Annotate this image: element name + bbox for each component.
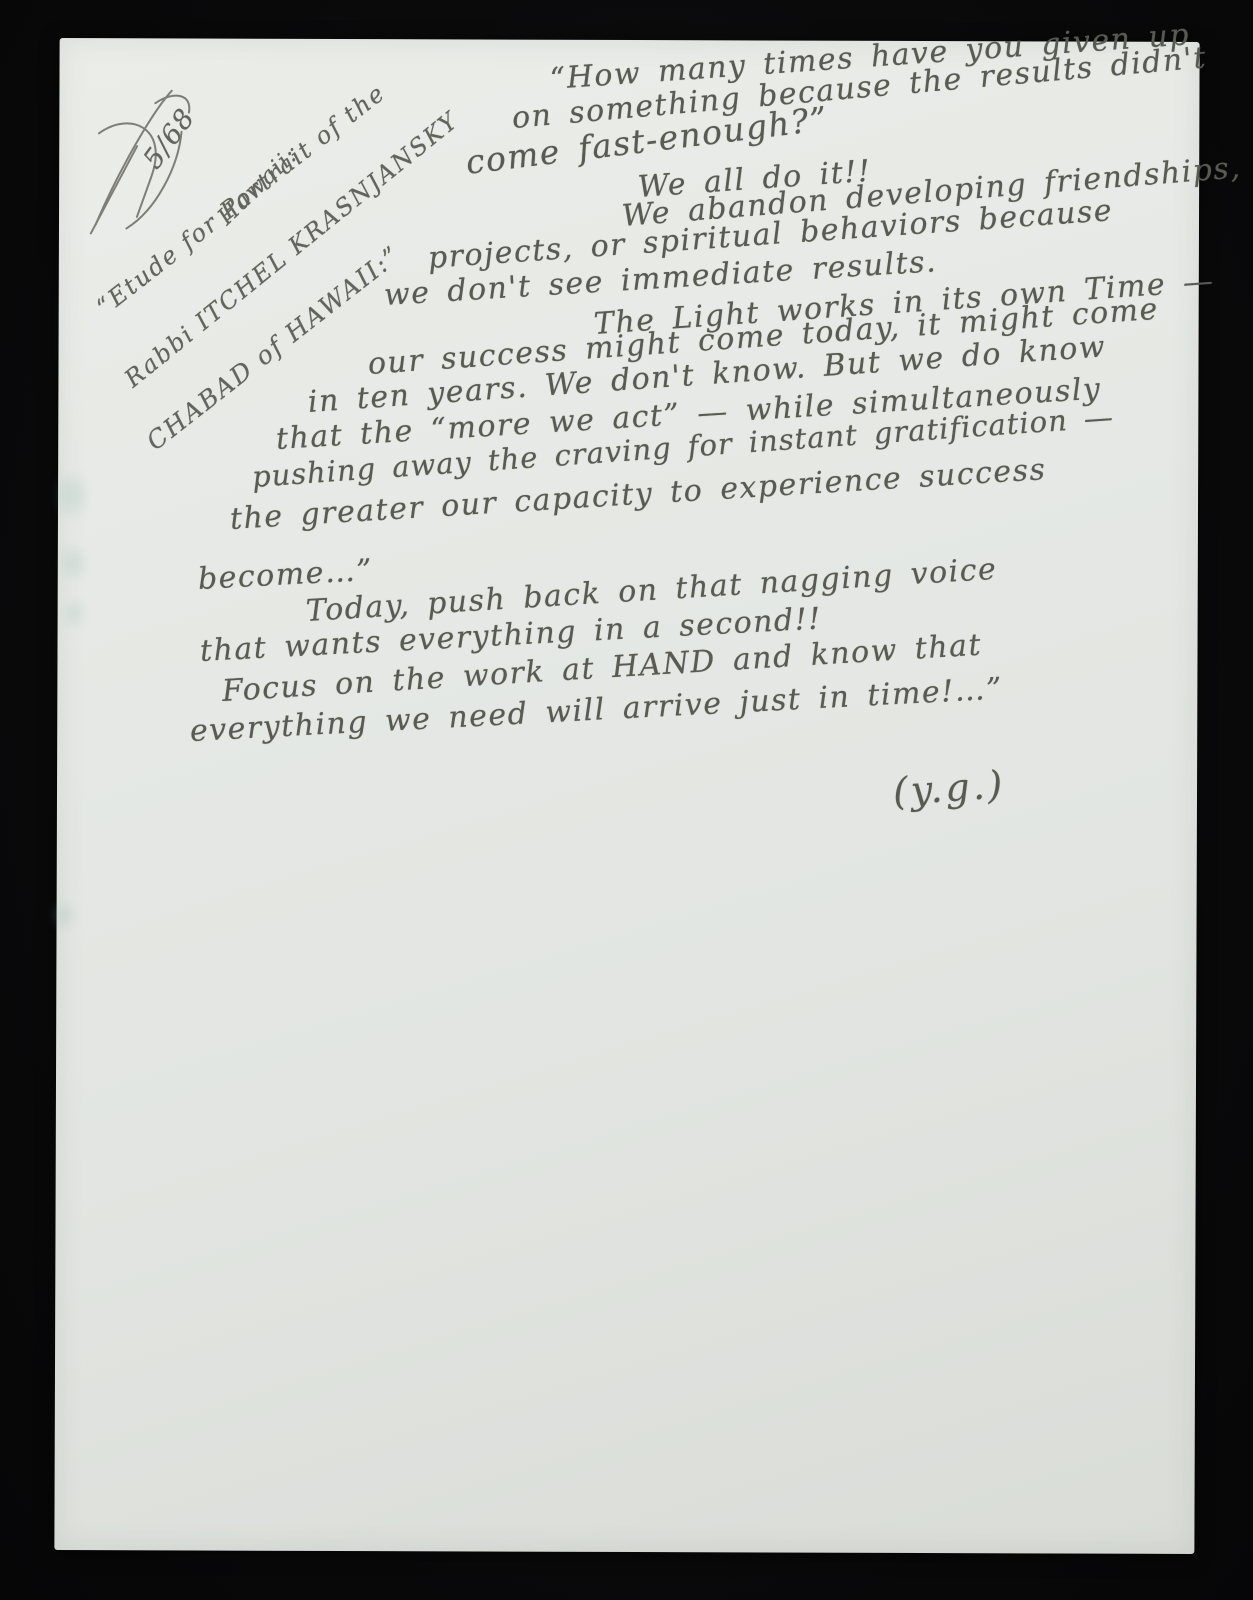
- paper-smudge: [64, 596, 84, 630]
- paper-smudge: [60, 540, 86, 586]
- paper-smudge: [52, 895, 74, 935]
- initials-signature: (y.g.): [891, 762, 1006, 814]
- photo-background: 5/68 Hawaii: “Etude for Portrait of the …: [0, 0, 1253, 1600]
- paper-smudge: [56, 462, 86, 528]
